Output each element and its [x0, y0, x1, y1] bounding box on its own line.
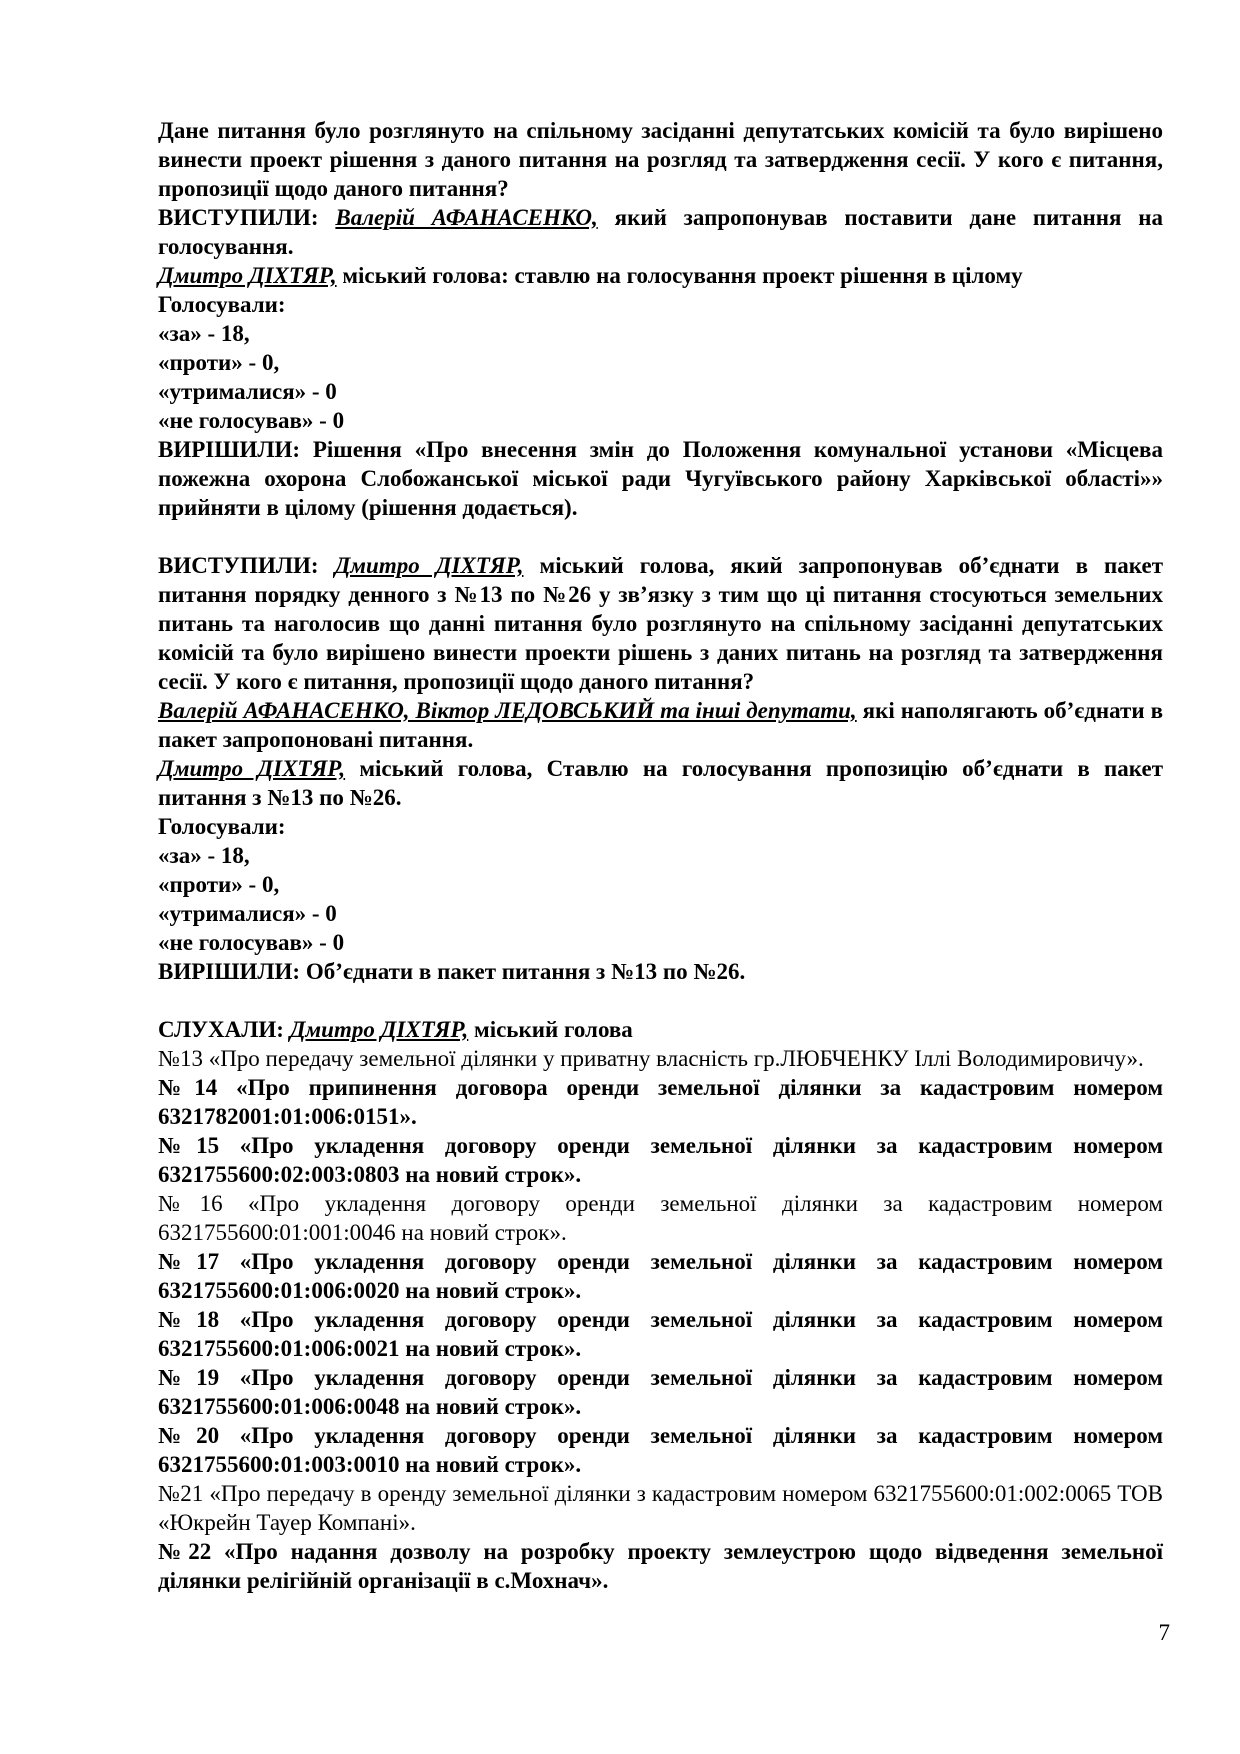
text-segment: №14 «Про припинення договора оренди земе… — [158, 1075, 1163, 1129]
text-segment: Голосували: — [158, 814, 286, 839]
paragraph-vystupyly-2: ВИСТУПИЛИ: Дмитро ДІХТЯР, міський голова… — [158, 551, 1163, 696]
page-number: 7 — [158, 1618, 1170, 1647]
speaker-name: Дмитро ДІХТЯР, — [158, 756, 345, 781]
text-segment: «за» - 18, — [158, 843, 250, 868]
agenda-item-18: №18 «Про укладення договору оренди земел… — [158, 1305, 1163, 1363]
paragraph-intro: Дане питання було розглянуто на спільном… — [158, 116, 1163, 203]
vote-za-2: «за» - 18, — [158, 841, 1163, 870]
speaker-name: Валерій АФАНАСЕНКО, — [335, 205, 597, 230]
paragraph-vyrishyly-1: ВИРІШИЛИ: Рішення «Про внесення змін до … — [158, 435, 1163, 522]
blank-line — [158, 986, 1163, 1015]
text-segment: №20 «Про укладення договору оренди земел… — [158, 1423, 1163, 1477]
paragraph-vystupyly-1: ВИСТУПИЛИ: Валерій АФАНАСЕНКО, який запр… — [158, 203, 1163, 261]
text-segment: міський голова — [468, 1017, 633, 1042]
text-segment: №17 «Про укладення договору оренди земел… — [158, 1249, 1163, 1303]
vote-proty-2: «проти» - 0, — [158, 870, 1163, 899]
label-vystupyly: ВИСТУПИЛИ: — [158, 553, 335, 578]
agenda-item-17: №17 «Про укладення договору оренди земел… — [158, 1247, 1163, 1305]
agenda-item-15: №15 «Про укладення договору оренди земел… — [158, 1131, 1163, 1189]
label-slukhaly: СЛУХАЛИ: — [158, 1017, 290, 1042]
agenda-item-19: №19 «Про укладення договору оренди земел… — [158, 1363, 1163, 1421]
label-vystupyly: ВИСТУПИЛИ: — [158, 205, 335, 230]
paragraph-slukhaly: СЛУХАЛИ: Дмитро ДІХТЯР, міський голова — [158, 1015, 1163, 1044]
agenda-item-16: №16 «Про укладення договору оренди земел… — [158, 1189, 1163, 1247]
text-segment: Голосували: — [158, 292, 286, 317]
vote-ne-holosuvav-1: «не голосував» - 0 — [158, 406, 1163, 435]
text-segment: №18 «Про укладення договору оренди земел… — [158, 1307, 1163, 1361]
document-page: Дане питання було розглянуто на спільном… — [0, 0, 1240, 1754]
label-vyrishyly: ВИРІШИЛИ: — [158, 959, 306, 984]
paragraph-deputies: Валерій АФАНАСЕНКО, Віктор ЛЕДОВСЬКИЙ та… — [158, 696, 1163, 754]
vote-za-1: «за» - 18, — [158, 319, 1163, 348]
agenda-item-20: №20 «Про укладення договору оренди земел… — [158, 1421, 1163, 1479]
speaker-name: Дмитро ДІХТЯР, — [290, 1017, 469, 1042]
vote-header-2: Голосували: — [158, 812, 1163, 841]
vote-utrymalysia-2: «утрималися» - 0 — [158, 899, 1163, 928]
text-segment: №15 «Про укладення договору оренди земел… — [158, 1133, 1163, 1187]
label-vyrishyly: ВИРІШИЛИ: — [158, 437, 313, 462]
text-segment: «утрималися» - 0 — [158, 379, 337, 404]
text-segment: Дане питання було розглянуто на спільном… — [158, 118, 1163, 201]
vote-utrymalysia-1: «утрималися» - 0 — [158, 377, 1163, 406]
agenda-item-13: №13 «Про передачу земельної ділянки у пр… — [158, 1044, 1163, 1073]
paragraph-dikhtiar-2: Дмитро ДІХТЯР, міський голова, Ставлю на… — [158, 754, 1163, 812]
text-segment: «утрималися» - 0 — [158, 901, 337, 926]
speaker-name: Дмитро ДІХТЯР, — [158, 263, 337, 288]
agenda-item-14: №14 «Про припинення договора оренди земе… — [158, 1073, 1163, 1131]
text-segment: «проти» - 0, — [158, 350, 279, 375]
vote-header-1: Голосували: — [158, 290, 1163, 319]
text-segment: «не голосував» - 0 — [158, 930, 344, 955]
paragraph-dikhtiar-1: Дмитро ДІХТЯР, міський голова: ставлю на… — [158, 261, 1163, 290]
text-segment: №19 «Про укладення договору оренди земел… — [158, 1365, 1163, 1419]
vote-ne-holosuvav-2: «не голосував» - 0 — [158, 928, 1163, 957]
text-segment: «не голосував» - 0 — [158, 408, 344, 433]
text-segment: №16 «Про укладення договору оренди земел… — [158, 1191, 1163, 1245]
text-segment: міський голова: ставлю на голосування пр… — [337, 263, 1023, 288]
paragraph-vyrishyly-2: ВИРІШИЛИ: Об’єднати в пакет питання з №1… — [158, 957, 1163, 986]
speaker-name: Дмитро ДІХТЯР, — [335, 553, 524, 578]
text-segment: №13 «Про передачу земельної ділянки у пр… — [158, 1046, 1144, 1071]
blank-line — [158, 522, 1163, 551]
agenda-item-22: №22 «Про надання дозволу на розробку про… — [158, 1537, 1163, 1595]
text-segment: №22 «Про надання дозволу на розробку про… — [158, 1539, 1163, 1593]
speaker-name: Валерій АФАНАСЕНКО, Віктор ЛЕДОВСЬКИЙ та… — [158, 698, 857, 723]
text-segment: №21 «Про передачу в оренду земельної діл… — [158, 1481, 1163, 1535]
text-segment: «проти» - 0, — [158, 872, 279, 897]
agenda-item-21: №21 «Про передачу в оренду земельної діл… — [158, 1479, 1163, 1537]
text-segment: Об’єднати в пакет питання з №13 по №26. — [306, 959, 745, 984]
vote-proty-1: «проти» - 0, — [158, 348, 1163, 377]
document-body: Дане питання було розглянуто на спільном… — [158, 116, 1163, 1595]
text-segment: «за» - 18, — [158, 321, 250, 346]
